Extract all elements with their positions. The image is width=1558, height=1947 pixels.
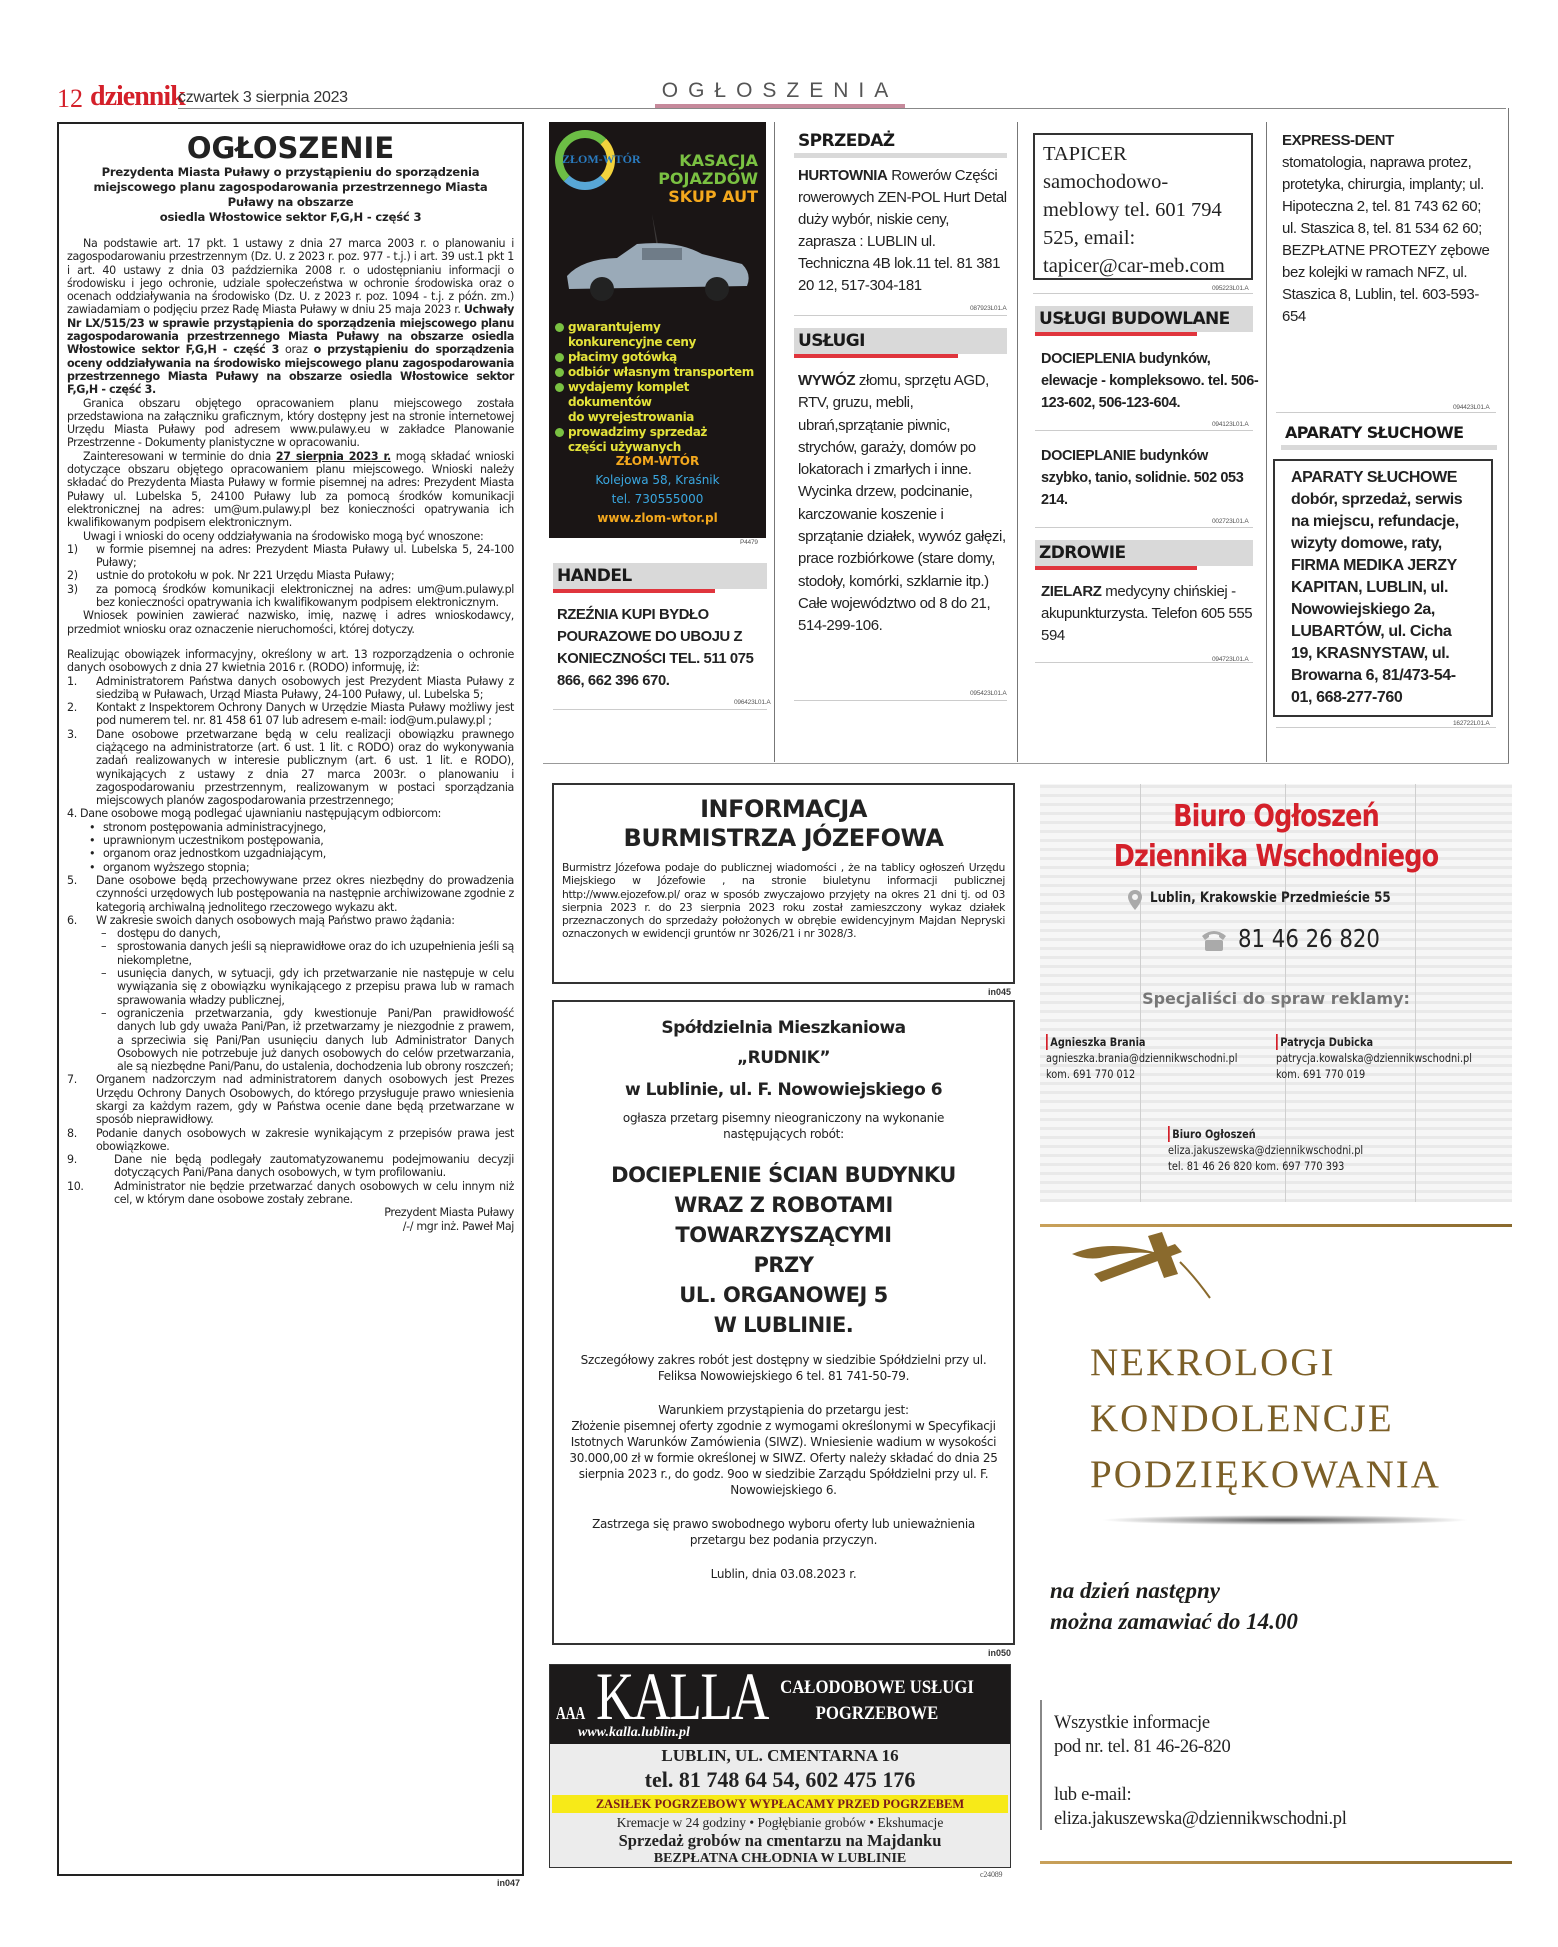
category-heading-handel: HANDEL — [553, 563, 767, 589]
office-phone: 81 46 26 820 — [1238, 924, 1380, 953]
gold-divider — [1040, 1861, 1512, 1864]
bullet-item: •stronom postępowania administracyjnego, — [67, 821, 514, 834]
notice-paragraph: Wniosek powinien zawierać nazwisko, imię… — [67, 609, 514, 636]
notice-rudnik: Spółdzielnia Mieszkaniowa „RUDNIK” w Lub… — [552, 1000, 1015, 1645]
ad-office-box: Biuro Ogłoszeń Dziennika Wschodniego Lub… — [1040, 784, 1512, 1202]
section-underline — [655, 104, 905, 108]
ad-code: P4479 — [740, 539, 758, 546]
column-divider — [1266, 122, 1267, 762]
notice-paragraph: Na podstawie art. 17 pkt. 1 ustawy z dni… — [67, 237, 514, 397]
ad-code: c24089 — [980, 1870, 1002, 1879]
telephone-icon — [1200, 928, 1228, 952]
bullet-item: •organom oraz jednostkom uzgadniającym, — [67, 847, 514, 860]
order-deadline: na dzień następny można zamawiać do 14.0… — [1050, 1575, 1298, 1637]
deadline: 27 sierpnia 2023 r. — [276, 450, 391, 463]
category-heading-zdrowie: ZDROWIE — [1035, 540, 1253, 566]
header-rule — [178, 108, 1506, 109]
contact-email: eliza.jakuszewska@dziennikwschodni.pl — [1168, 1142, 1363, 1158]
category-heading-aparaty: APARATY SŁUCHOWE — [1281, 420, 1497, 450]
notice-pulawy: OGŁOSZENIE Prezydenta Miasta Puławy o pr… — [57, 122, 524, 1876]
office-address: Lublin, Krakowskie Przedmieście 55 — [1150, 890, 1391, 906]
kalla-url: www.kalla.lublin.pl — [578, 1725, 690, 1741]
classified-ad: DOCIEPLANIE budynków szybko, tanio, soli… — [1041, 445, 1259, 511]
section-divider — [543, 763, 1509, 764]
notice-paragraph: Uwagi i wnioski do oceny oddziaływania n… — [67, 530, 514, 543]
rodo-item: 8.Podanie danych osobowych w zakresie wy… — [67, 1127, 514, 1154]
classified-ad: DOCIEPLENIA budynków, elewacje - komplek… — [1041, 348, 1259, 414]
decorative-shadow — [1100, 1515, 1470, 1525]
funeral-ad-kalla: AAA KALLA www.kalla.lublin.pl CAŁODOBOWE… — [549, 1664, 1011, 1868]
ad-code: 087923L01.A — [970, 305, 1006, 312]
car-ad-headline: KASACJA POJAZDÓW SKUP AUT — [658, 152, 758, 206]
contact-person: Patrycja Dubickapatrycja.kowalska@dzienn… — [1276, 1034, 1472, 1082]
ad-code: in047 — [497, 1878, 520, 1888]
issue-date: czwartek 3 sierpnia 2023 — [178, 88, 348, 108]
kalla-highlight: ZASIŁEK POGRZEBOWY WYPŁACAMY PRZED POGRZ… — [552, 1795, 1008, 1813]
category-heading-uslugi-budowlane: USŁUGI BUDOWLANE — [1035, 306, 1253, 332]
rudnik-headline: DOCIEPLENIE ŚCIAN BUDYNKU WRAZ Z ROBOTAM… — [554, 1160, 1013, 1340]
rodo-item: 10.Administrator nie będzie przetwarzać … — [67, 1180, 514, 1207]
rodo-item: 9.Dane nie będą podlegały zautomatyzowan… — [67, 1153, 514, 1180]
dash-item: –usunięcia danych, w sytuacji, gdy ich p… — [67, 967, 514, 1007]
rodo-item: 7.Organem nadzorczym nad administratorem… — [67, 1073, 514, 1126]
classified-ad: RZEŹNIA KUPI BYDŁO POURAZOWE DO UBOJU Z … — [557, 604, 771, 692]
ad-code: 162722L01.A — [1453, 720, 1489, 727]
dash-item: –sprostowania danych jeśli są nieprawidł… — [67, 940, 514, 967]
car-ad-logo-text: ZŁOM-WTÓR — [562, 152, 641, 167]
contact-email: agnieszka.brania@dziennikwschodni.pl — [1046, 1050, 1237, 1066]
kalla-phone: tel. 81 748 64 54, 602 475 176 — [550, 1767, 1010, 1793]
obituaries-phone: pod nr. tel. 81 46-26-820 — [1054, 1735, 1347, 1759]
location-pin-icon — [1128, 890, 1142, 910]
classified-ad-express-dent: EXPRESS-DENTstomatologia, naprawa protez… — [1282, 130, 1497, 328]
rodo-item: 5.Dane osobowe będą przechowywane przez … — [67, 874, 514, 914]
section-title: OGŁOSZENIA — [655, 80, 905, 102]
bullet-item: •uprawnionym uczestnikom postępowania, — [67, 834, 514, 847]
rodo-intro: Realizując obowiązek informacyjny, okreś… — [67, 648, 514, 675]
obituaries-email: eliza.jakuszewska@dziennikwschodni.pl — [1054, 1807, 1347, 1831]
notice-paragraph: Zainteresowani w terminie do dnia 27 sie… — [67, 450, 514, 530]
jozefow-body: Burmistrz Józefowa podaje do publicznej … — [554, 861, 1013, 941]
ad-code: 094123L01.A — [1212, 421, 1248, 428]
column-divider — [1017, 122, 1018, 762]
car-ad-benefits: gwarantujemy konkurencyjne ceny płacimy … — [555, 320, 754, 455]
signature-title: Prezydent Miasta Puławy — [67, 1206, 514, 1219]
car-ad-contact: ZŁOM-WTÓR Kolejowa 58, Kraśnik tel. 7305… — [549, 452, 766, 528]
obituaries-contact: Wszystkie informacje pod nr. tel. 81 46-… — [1054, 1711, 1347, 1831]
column-divider — [774, 122, 775, 762]
car-ad-url: www.zlom-wtor.pl — [549, 509, 766, 528]
ad-code: in045 — [988, 987, 1011, 997]
rodo-item: 1.Administratorem Państwa danych osobowy… — [67, 675, 514, 702]
classified-ad: ZIELARZ medycyny chińskiej - akupunkturz… — [1041, 581, 1259, 647]
ad-code: in050 — [988, 1648, 1011, 1658]
dash-item: –ograniczenia przetwarzania, gdy kwestio… — [67, 1007, 514, 1073]
ad-code: 094423L01.A — [1453, 404, 1489, 411]
contact-email: patrycja.kowalska@dziennikwschodni.pl — [1276, 1050, 1472, 1066]
classified-ad: WYWÓZ złomu, sprzętu AGD, RTV, gruzu, me… — [798, 370, 1010, 638]
ad-code: 095223L01.A — [1212, 285, 1248, 292]
ad-code: 002723L01.A — [1212, 518, 1248, 525]
dash-item: –dostępu do danych, — [67, 927, 514, 940]
contact-person: Biuro Ogłoszeńeliza.jakuszewska@dziennik… — [1168, 1126, 1363, 1174]
rodo-item: 3.Dane osobowe przetwarzane będą w celu … — [67, 728, 514, 808]
list-item: 2)ustnie do protokołu w pok. Nr 221 Urzę… — [67, 569, 514, 582]
notice-subtitle: Prezydenta Miasta Puławy o przystąpieniu… — [67, 165, 514, 225]
contact-person: Agnieszka Braniaagnieszka.brania@dzienni… — [1046, 1034, 1237, 1082]
notice-jozefow: INFORMACJA BURMISTRZA JÓZEFOWA Burmistrz… — [552, 783, 1015, 984]
classified-ad: HURTOWNIA Rowerów Części rowerowych ZEN-… — [798, 165, 1010, 297]
ad-code: 096423L01.A — [734, 699, 770, 706]
list-item: 3)za pomocą środków komunikacji elektron… — [67, 583, 514, 610]
rodo-item: 4. Dane osobowe mogą podlegać ujawnianiu… — [67, 807, 514, 820]
classified-ad-aparaty: APARATY SŁUCHOWE dobór, sprzedaż, serwis… — [1273, 459, 1493, 717]
category-heading-sprzedaz: SPRZEDAŻ — [794, 128, 1007, 158]
ad-code: 095423L01.A — [970, 690, 1006, 697]
list-item: 1)w formie pisemnej na adres: Prezydent … — [67, 543, 514, 570]
category-heading-uslugi: USŁUGI — [794, 328, 1007, 354]
gold-divider — [1040, 1224, 1512, 1227]
notice-title: OGŁOSZENIE — [67, 132, 514, 165]
newspaper-logo: dziennik — [90, 82, 185, 112]
page-number: 12 — [57, 84, 83, 114]
rodo-item: 6.W zakresie swoich danych osobowych maj… — [67, 914, 514, 927]
rodo-item: 2.Kontakt z Inspektorem Ochrony Danych w… — [67, 701, 514, 728]
signature-name: /-/ mgr inż. Paweł Maj — [67, 1220, 514, 1233]
classified-ad-tapicer: TAPICER samochodowo-meblowy tel. 601 794… — [1033, 133, 1253, 280]
car-crane-icon — [557, 214, 757, 304]
cross-with-palm-icon — [1070, 1232, 1215, 1304]
obituaries-title: NEKROLOGI KONDOLENCJE PODZIĘKOWANIA — [1090, 1335, 1441, 1503]
car-scrap-ad: ZŁOM-WTÓR KASACJA POJAZDÓW SKUP AUT gwar… — [549, 122, 766, 538]
bullet-item: •organom wyższego stopnia; — [67, 861, 514, 874]
kalla-brand: KALLA — [596, 1661, 768, 1731]
notice-paragraph: Granica obszaru objętego opracowaniem pl… — [67, 397, 514, 450]
frame-right — [1508, 108, 1509, 763]
